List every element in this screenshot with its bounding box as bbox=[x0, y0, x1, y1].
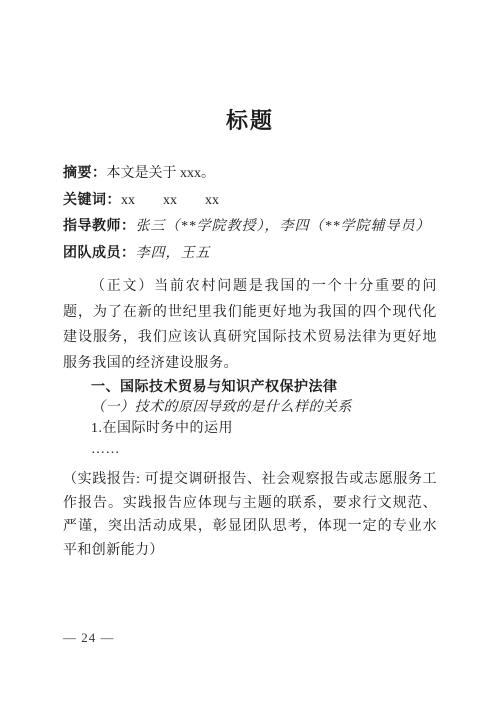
abstract-line: 摘要：本文是关于 xxx。 bbox=[63, 160, 437, 187]
abstract-label: 摘要： bbox=[63, 164, 107, 180]
document-page: 标题 摘要：本文是关于 xxx。 关键词：xx xx xx 指导教师：张三（**… bbox=[0, 0, 499, 707]
team-members-line: 团队成员：李四，王五 bbox=[63, 240, 437, 267]
advisors-line: 指导教师：张三（**学院教授），李四（**学院辅导员） bbox=[63, 213, 437, 240]
team-members-content: 李四，王五 bbox=[136, 246, 211, 261]
practice-note-paragraph: （实践报告: 可提交调研报告、社会观察报告或志愿服务工作报告。实践报告应体现与主… bbox=[63, 468, 437, 562]
page-number: — 24 — bbox=[63, 630, 115, 646]
body-paragraph: （正文）当前农村问题是我国的一个十分重要的问题，为了在新的世纪里我们能更好地为我… bbox=[63, 274, 437, 376]
keywords-line: 关键词：xx xx xx bbox=[63, 187, 437, 214]
outline-heading-level3: 1.在国际时务中的运用 bbox=[63, 418, 437, 439]
outline-ellipsis: …… bbox=[63, 439, 437, 460]
advisors-label: 指导教师： bbox=[63, 217, 136, 233]
advisors-content: 张三（**学院教授），李四（**学院辅导员） bbox=[136, 219, 431, 234]
meta-block: 摘要：本文是关于 xxx。 关键词：xx xx xx 指导教师：张三（**学院教… bbox=[63, 160, 437, 266]
team-members-label: 团队成员： bbox=[63, 244, 136, 260]
outline-heading-level2: （一）技术的原因导致的是什么样的关系 bbox=[63, 397, 437, 418]
keywords-label: 关键词： bbox=[63, 191, 121, 207]
page-title: 标题 bbox=[63, 104, 437, 138]
document-content: 标题 摘要：本文是关于 xxx。 关键词：xx xx xx 指导教师：张三（**… bbox=[63, 0, 437, 562]
keywords-content: xx xx xx bbox=[121, 193, 219, 208]
outline-heading-level1: 一、国际技术贸易与知识产权保护法律 bbox=[63, 376, 437, 397]
abstract-content: 本文是关于 xxx。 bbox=[107, 166, 216, 181]
